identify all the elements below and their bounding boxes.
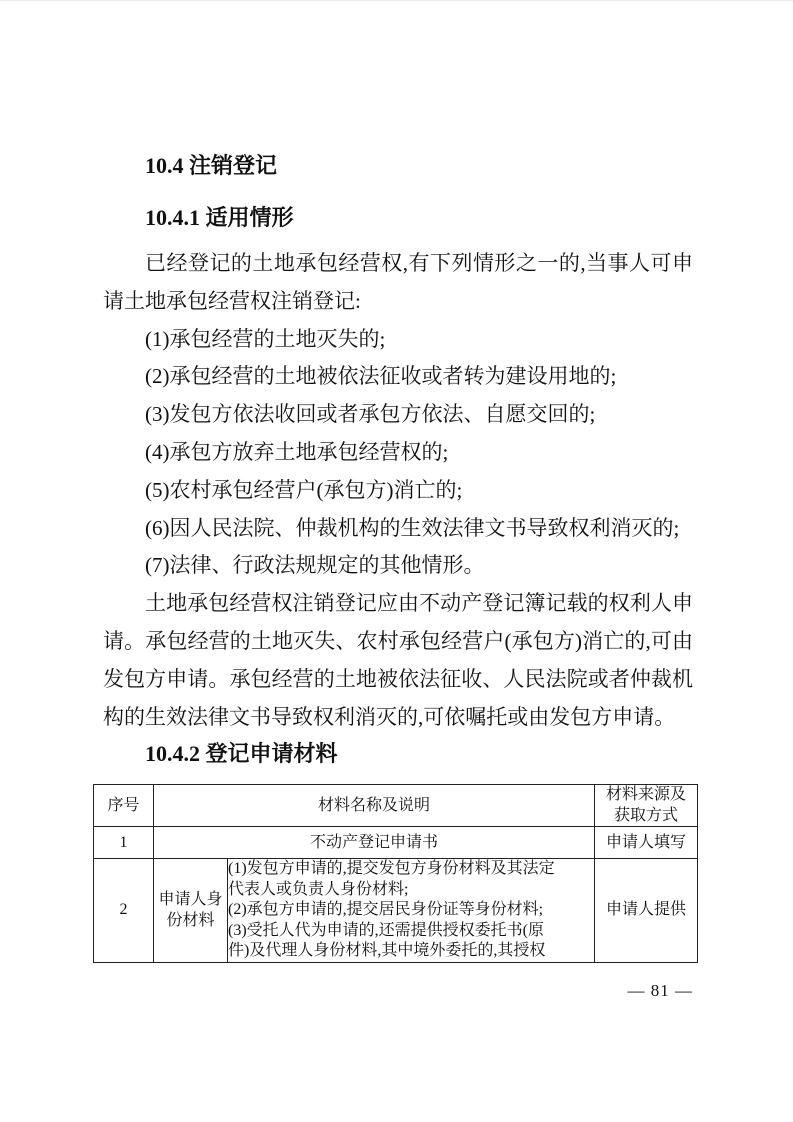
list-item-3: (3)发包方依法收回或者承包方依法、自愿交回的; — [103, 396, 693, 434]
list-item-5: (5)农村承包经营户(承包方)消亡的; — [103, 472, 693, 510]
paragraph-applicant-rules: 土地承包经营权注销登记应由不动产登记簿记载的权利人申请。承包经营的土地灭失、农村… — [103, 585, 693, 736]
row1-material-name: 不动产登记申请书 — [154, 827, 595, 859]
list-item-2: (2)承包经营的土地被依法征收或者转为建设用地的; — [103, 358, 693, 396]
col-header-no: 序号 — [94, 785, 154, 827]
row2-material-description: (1)发包方申请的,提交发包方身份材料及其法定 代表人或负责人身份材料; (2)… — [228, 859, 595, 963]
paragraph-intro: 已经登记的土地承包经营权,有下列情形之一的,当事人可申请土地承包经营权注销登记: — [103, 245, 693, 321]
list-item-1: (1)承包经营的土地灭失的; — [103, 321, 693, 359]
table-row: 2 申请人身份材料 (1)发包方申请的,提交发包方身份材料及其法定 代表人或负责… — [94, 859, 698, 963]
row2-material-category: 申请人身份材料 — [154, 859, 228, 963]
materials-table: 序号 材料名称及说明 材料来源及 获取方式 1 不动产登记申请书 申请人填写 2… — [93, 784, 698, 963]
section-heading: 10.4 注销登记 — [103, 149, 693, 180]
table-header-row: 序号 材料名称及说明 材料来源及 获取方式 — [94, 785, 698, 827]
list-item-4: (4)承包方放弃土地承包经营权的; — [103, 434, 693, 472]
list-item-6: (6)因人民法院、仲裁机构的生效法律文书导致权利消灭的; — [103, 510, 693, 548]
row2-no: 2 — [94, 859, 154, 963]
page-number: — 81 — — [103, 981, 693, 1001]
subsection-heading-applicable-situations: 10.4.1 适用情形 — [103, 201, 693, 232]
col-header-source: 材料来源及 获取方式 — [595, 785, 698, 827]
subsection-heading-application-materials: 10.4.2 登记申请材料 — [103, 737, 693, 768]
row2-source: 申请人提供 — [595, 859, 698, 963]
list-item-7: (7)法律、行政法规规定的其他情形。 — [103, 547, 693, 585]
row1-no: 1 — [94, 827, 154, 859]
table-row: 1 不动产登记申请书 申请人填写 — [94, 827, 698, 859]
row1-source: 申请人填写 — [595, 827, 698, 859]
document-page: 10.4 注销登记 10.4.1 适用情形 已经登记的土地承包经营权,有下列情形… — [0, 0, 793, 1122]
col-header-name: 材料名称及说明 — [154, 785, 595, 827]
